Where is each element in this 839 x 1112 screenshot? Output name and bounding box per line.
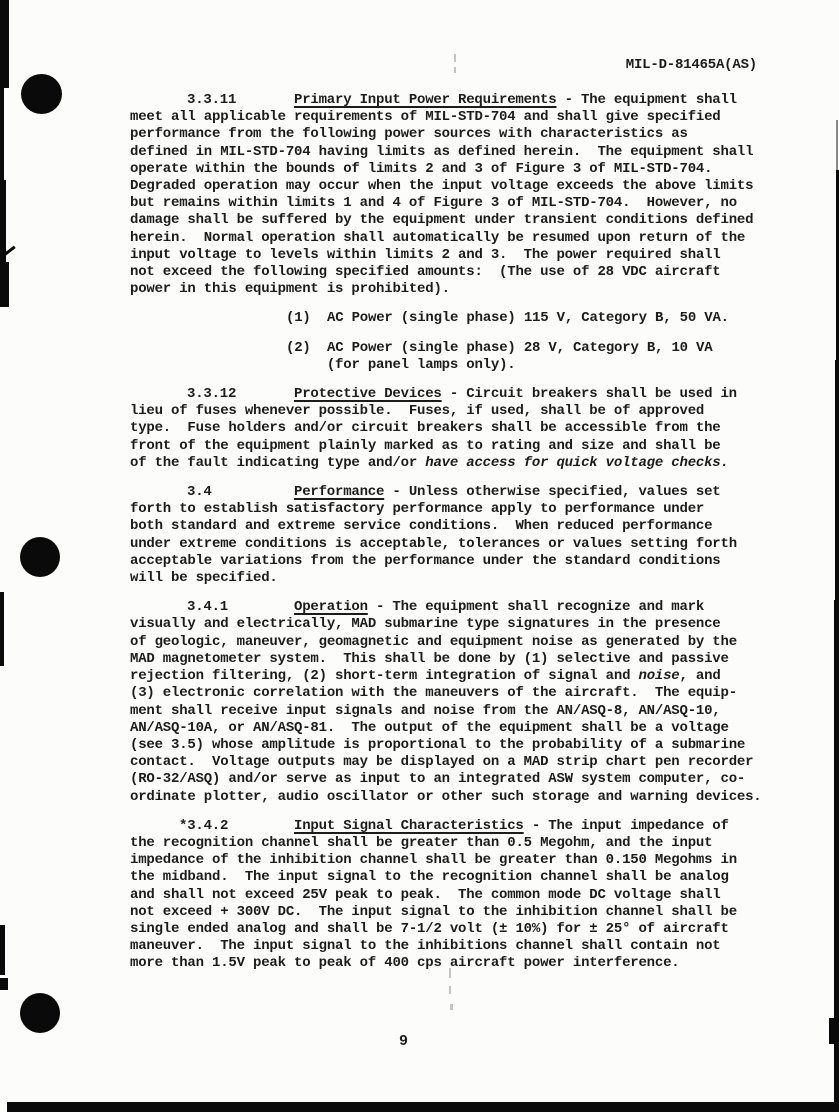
document-body: 3.3.11Primary Input Power Requirements -… [0, 92, 839, 973]
paragraph: 3.3.11Primary Input Power Requirements -… [130, 92, 799, 298]
scan-edge-left [0, 262, 9, 307]
body-text: , and (3) electronic correlation with th… [130, 668, 762, 804]
body-text: have access for quick voltage checks. [425, 455, 728, 471]
section-title: Performance [294, 484, 384, 500]
scanned-document-page: MIL-D-81465A(AS) 3.3.11Primary Input Pow… [0, 0, 839, 1112]
scan-speck [449, 986, 451, 994]
scan-edge-left [0, 85, 4, 180]
scan-speck [449, 968, 451, 978]
punch-hole-middle [20, 537, 60, 577]
section-title: Operation [294, 599, 368, 615]
body-text: - The equipment shall meet all applicabl… [130, 92, 753, 297]
scan-edge-right [835, 360, 839, 605]
scan-edge-right [836, 120, 838, 172]
scan-speck [450, 1004, 453, 1010]
document-header: MIL-D-81465A(AS) [0, 0, 839, 74]
list-item-number: (1) [130, 310, 327, 327]
body-text: AC Power (single phase) 115 V, Category … [327, 310, 729, 326]
punch-hole-bottom [20, 993, 60, 1033]
paragraph: 3.4Performance - Unless otherwise specif… [130, 484, 799, 587]
page-number: 9 [399, 1033, 408, 1050]
list-item: (1)AC Power (single phase) 115 V, Catego… [130, 310, 799, 327]
section-title: Input Signal Characteristics [294, 818, 524, 834]
list-item: (2)AC Power (single phase) 28 V, Categor… [130, 340, 799, 374]
scan-edge-left [0, 592, 4, 666]
paragraph: *3.4.2Input Signal Characteristics - The… [130, 818, 799, 973]
paragraph: 3.3.12Protective Devices - Circuit break… [130, 386, 799, 472]
scan-edge-left [0, 978, 8, 990]
scan-edge-left [0, 0, 9, 88]
body-text: - The input impedance of the recognition… [130, 818, 737, 972]
scan-speck [454, 54, 456, 62]
section-number: *3.4.2 [130, 818, 294, 835]
section-title: Protective Devices [294, 386, 442, 402]
scan-edge-left [0, 925, 5, 975]
scan-edge-right [829, 1018, 839, 1044]
section-title: Primary Input Power Requirements [294, 92, 556, 108]
spec-number: MIL-D-81465A(AS) [626, 57, 757, 73]
scan-speck [454, 67, 456, 73]
list-item-number: (2) [130, 340, 327, 357]
scan-edge-bottom [7, 1102, 839, 1112]
paragraph: 3.4.1Operation - The equipment shall rec… [130, 599, 799, 805]
section-number: 3.4.1 [130, 599, 294, 616]
section-number: 3.3.11 [130, 92, 294, 109]
section-number: 3.4 [130, 484, 294, 501]
section-number: 3.3.12 [130, 386, 294, 403]
body-text: noise [639, 668, 680, 684]
punch-hole-top [21, 74, 62, 114]
